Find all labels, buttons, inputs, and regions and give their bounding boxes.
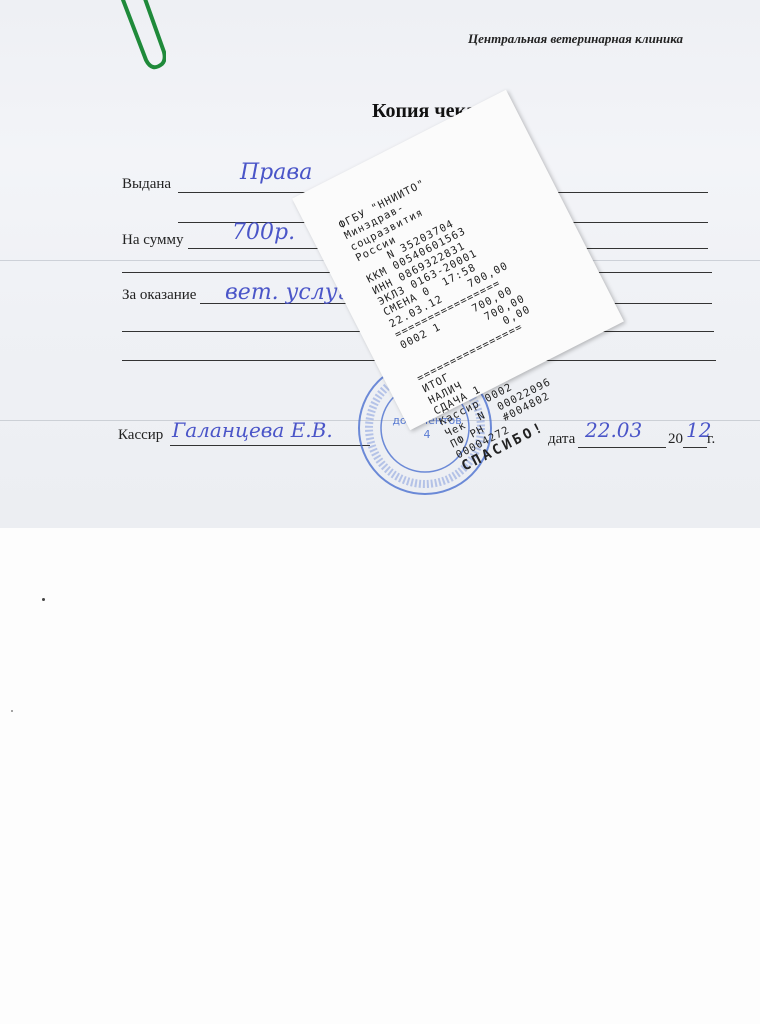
paperclip-icon [116,0,166,74]
scan-speck [11,710,13,712]
clinic-name: Центральная ветеринарная клиника [468,31,683,47]
amount-value: 700р. [232,220,295,245]
cashier-label: Кассир [118,427,163,444]
date-label: дата [548,431,575,448]
date-line [578,447,666,448]
scan-speck [42,598,45,601]
date-value: 22.03 [585,418,642,442]
service-label: За оказание [122,287,196,304]
service-value: вет. услуг [225,280,349,305]
receipt-copy-form: Центральная ветеринарная клиника Копия ч… [0,0,760,528]
amount-label: На сумму [122,232,184,249]
blank-page [0,528,760,1024]
year-line [683,447,707,448]
cashier-line [170,445,370,446]
issued-to-value: Права [240,160,312,185]
year-prefix: 20 [668,431,683,448]
cashier-signature: Галанцева Е.В. [172,418,333,442]
year-suffix: г. [707,431,715,448]
issued-to-label: Выдана [122,176,171,193]
cash-register-receipt: ФГБУ "ННИИТО" Минздрав- соцразвития Росс… [292,90,624,431]
